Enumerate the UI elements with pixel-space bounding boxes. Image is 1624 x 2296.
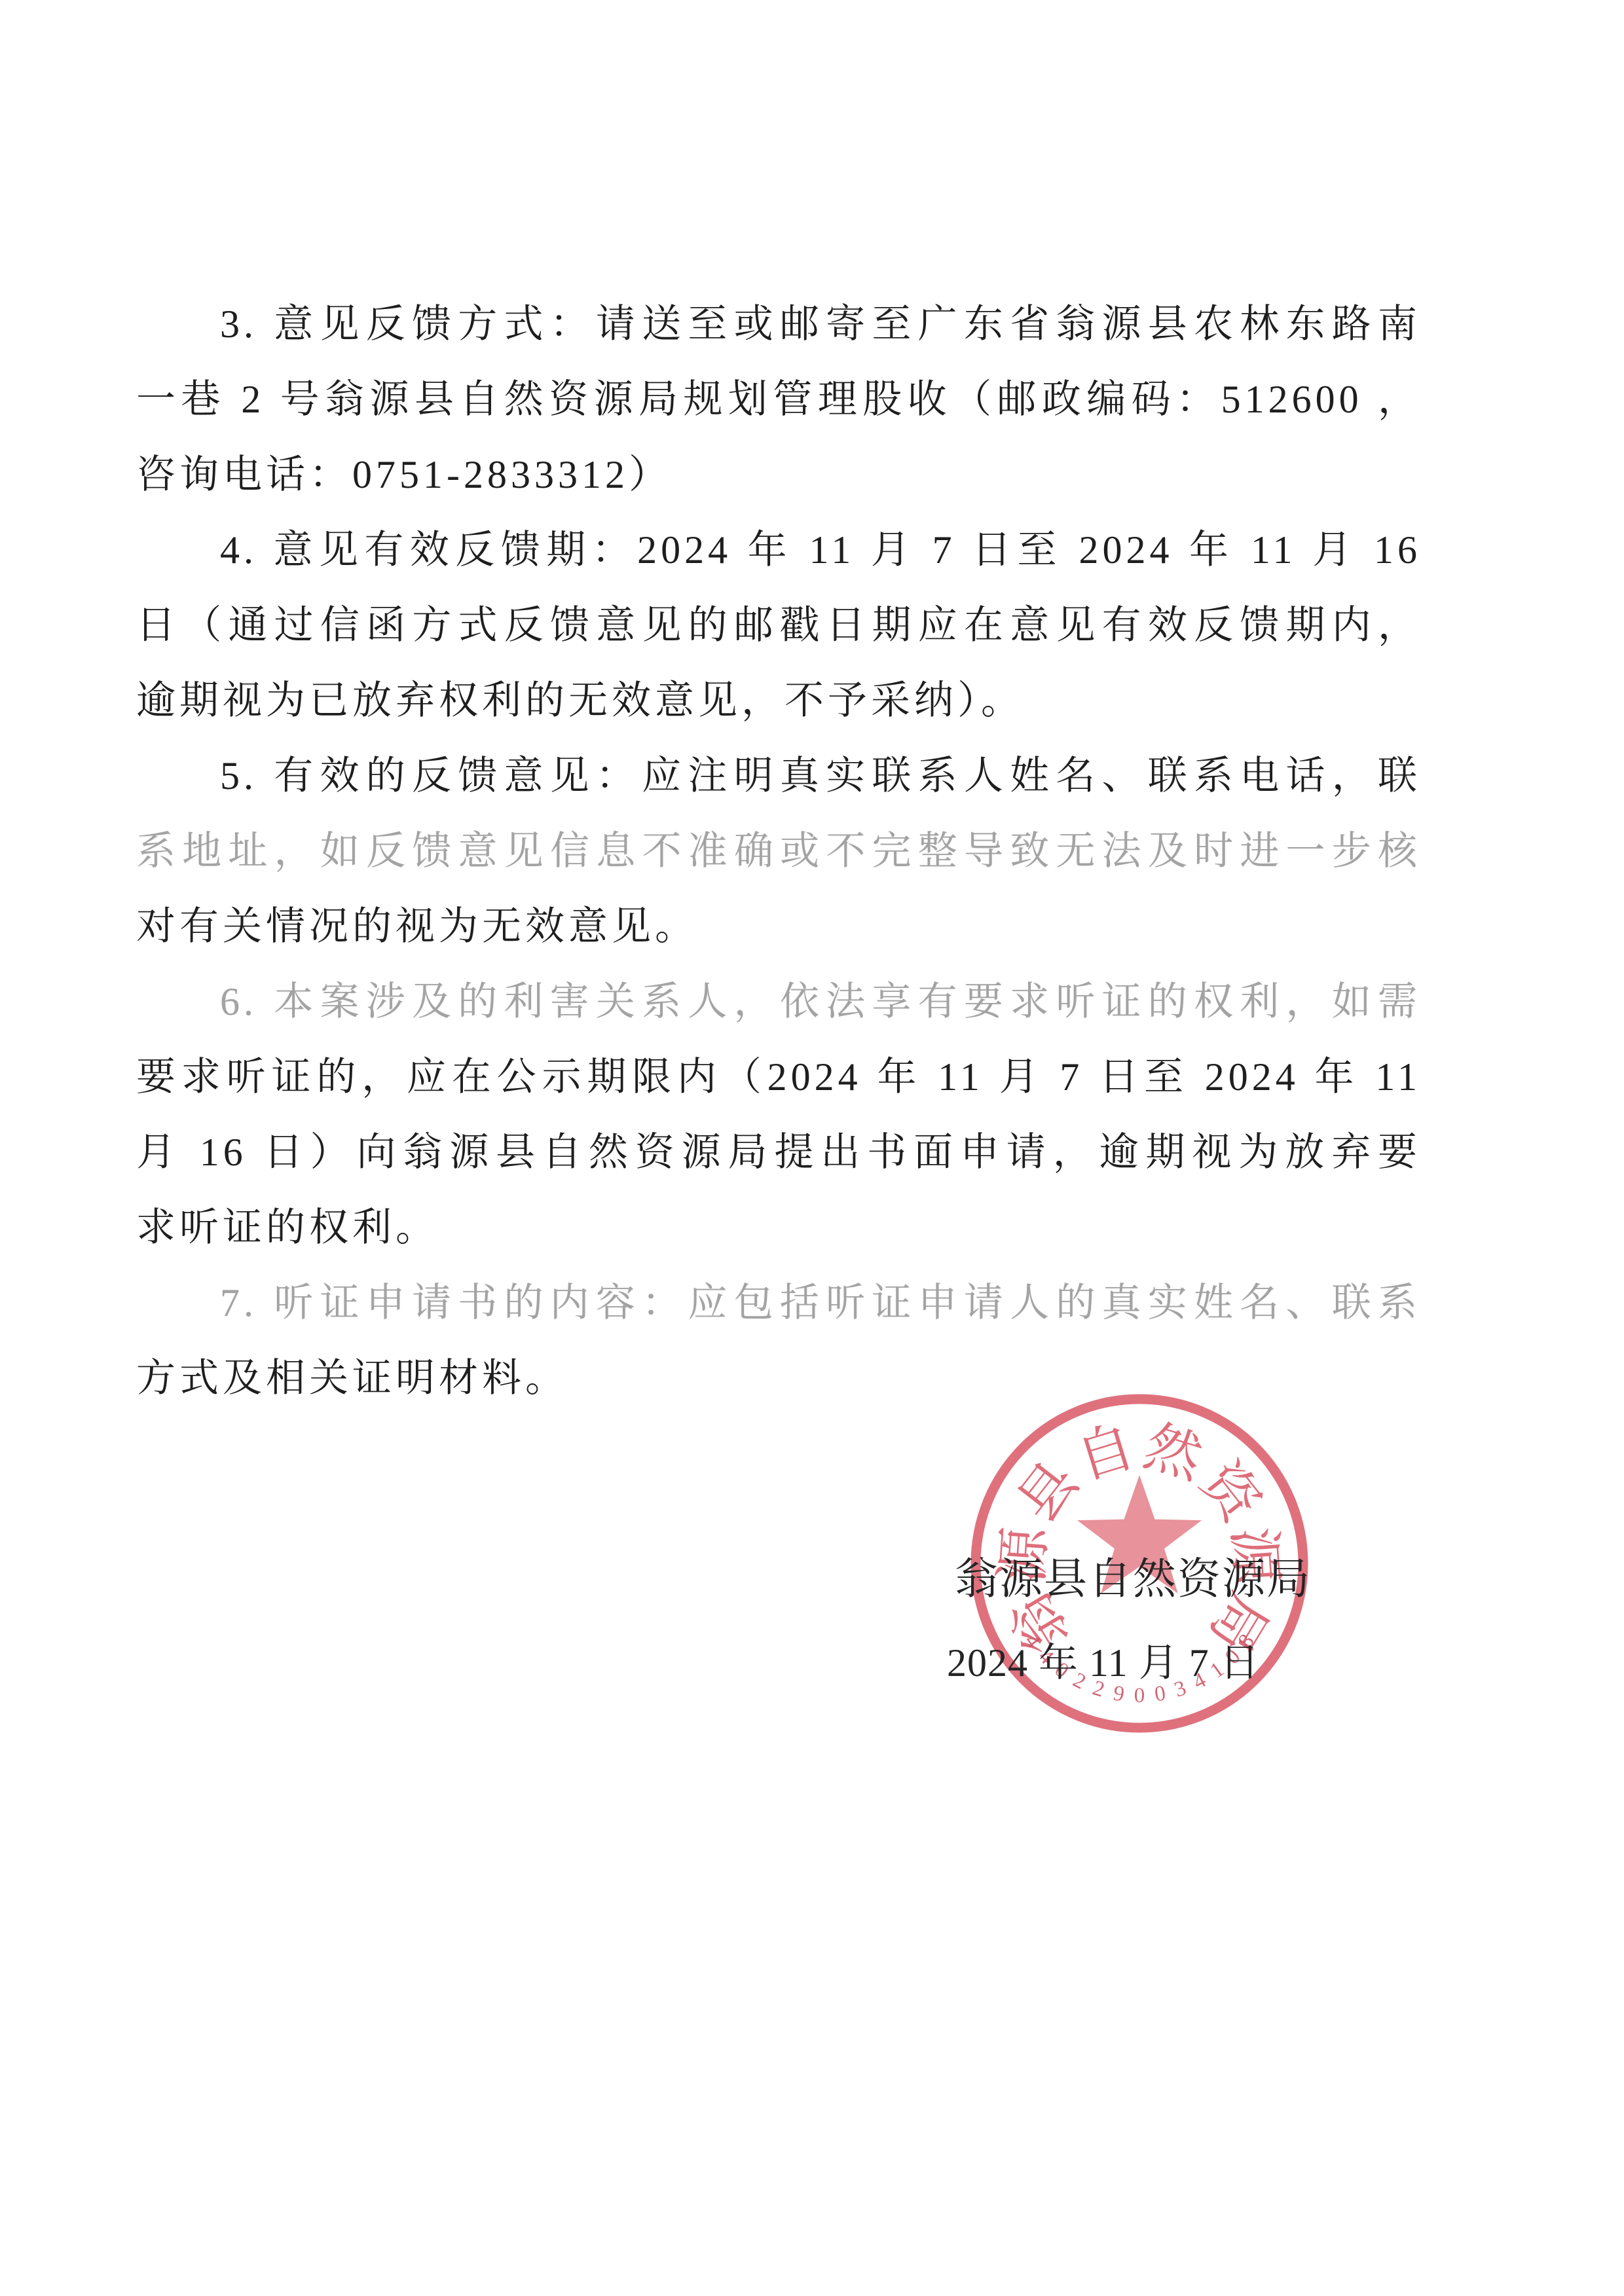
body-line: 逾期视为已放弃权利的无效意见，不予采纳）。 [136, 663, 1421, 738]
body-line: 日（通过信函方式反馈意见的邮戳日期应在意见有效反馈期内， [136, 588, 1421, 663]
scanned-notice-page: 3. 意见反馈方式：请送至或邮寄至广东省翁源县农林东路南 一巷 2 号翁源县自然… [0, 0, 1624, 2296]
body-line: 系地址，如反馈意见信息不准确或不完整导致无法及时进一步核 [136, 814, 1421, 889]
notice-body: 3. 意见反馈方式：请送至或邮寄至广东省翁源县农林东路南 一巷 2 号翁源县自然… [136, 287, 1421, 1416]
body-line: 求听证的权利。 [136, 1190, 1421, 1266]
body-line: 7. 听证申请书的内容：应包括听证申请人的真实姓名、联系 [136, 1266, 1421, 1341]
body-line: 5. 有效的反馈意见：应注明真实联系人姓名、联系电话，联 [136, 738, 1421, 814]
body-line: 一巷 2 号翁源县自然资源局规划管理股收（邮政编码：512600 ， [136, 362, 1421, 437]
body-line: 4. 意见有效反馈期：2024 年 11 月 7 日至 2024 年 11 月 … [136, 513, 1421, 588]
seal-ring-char: 资 [1189, 1451, 1274, 1535]
body-line: 对有关情况的视为无效意见。 [136, 889, 1421, 964]
body-line: 咨询电话：0751-2833312） [136, 437, 1421, 513]
seal-ring-char: 然 [1137, 1414, 1210, 1491]
body-line: 6. 本案涉及的利害关系人，依法享有要求听证的权利，如需 [136, 964, 1421, 1040]
body-line: 要求听证的，应在公示期限内（2024 年 11 月 7 日至 2024 年 11 [136, 1040, 1421, 1115]
signature-date: 2024 年 11 月 7 日 [947, 1631, 1260, 1688]
seal-ring-char: 县 [1006, 1451, 1090, 1534]
body-line: 月 16 日）向翁源县自然资源局提出书面申请，逾期视为放弃要 [136, 1115, 1421, 1190]
agency-signature: 翁源县自然资源局 [955, 1544, 1311, 1606]
body-line: 3. 意见反馈方式：请送至或邮寄至广东省翁源县农林东路南 [136, 287, 1421, 362]
seal-ring-char: 自 [1069, 1414, 1141, 1491]
